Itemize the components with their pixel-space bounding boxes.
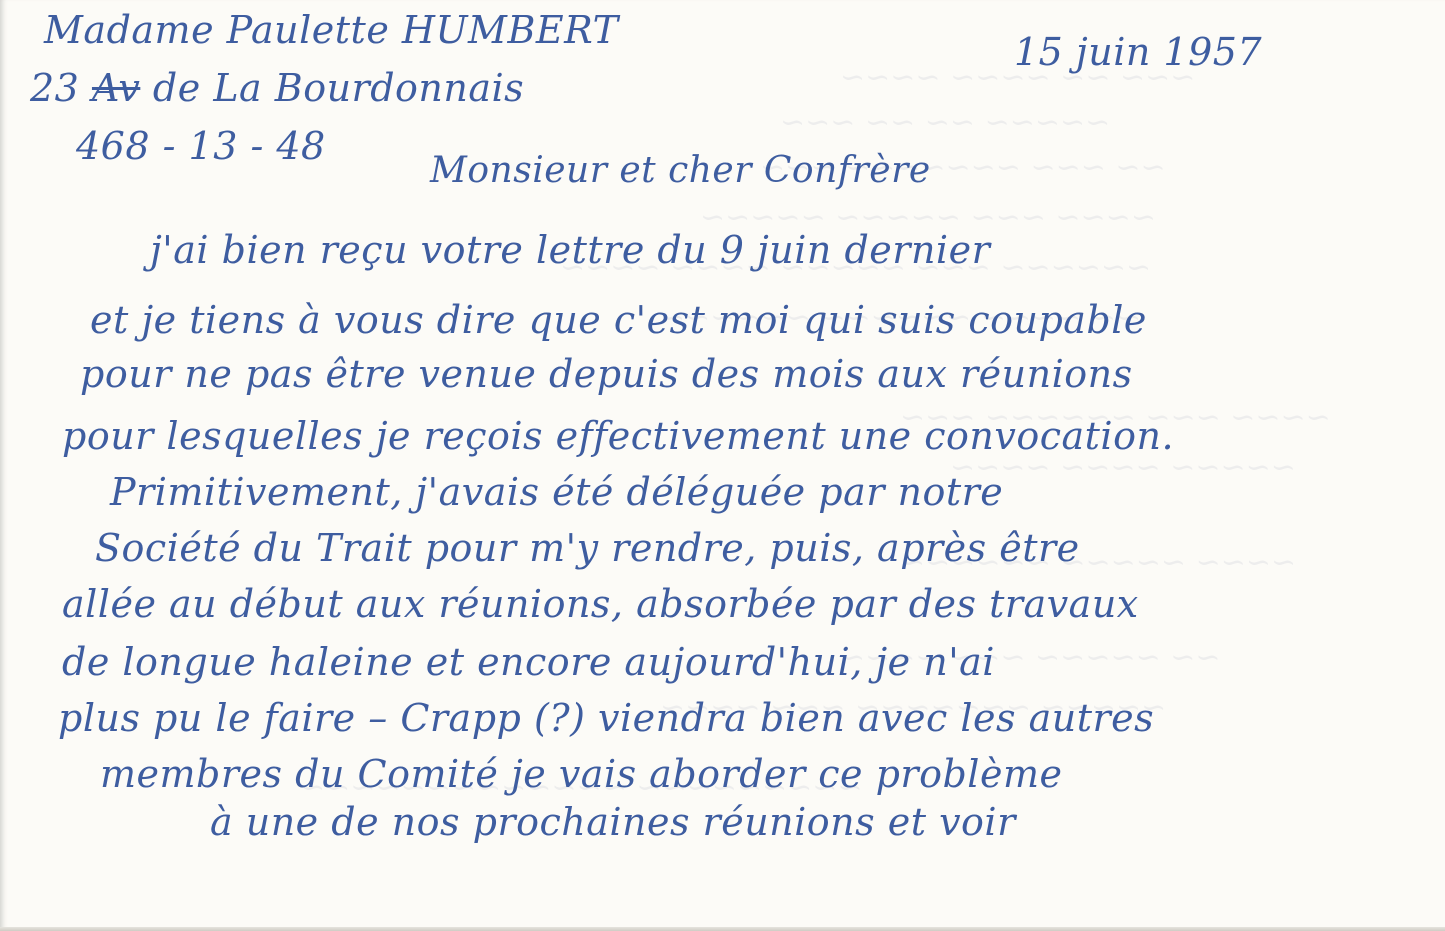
body-line: à une de nos prochaines réunions et voir <box>210 800 1016 844</box>
address-struck-abbrev: Av <box>92 66 140 110</box>
show-through-text: ~~~~~ ~~ ~~ ~~~ <box>780 105 1110 140</box>
address-street: de La Bourdonnais <box>153 66 524 110</box>
body-line: Société du Trait pour m'y rendre, puis, … <box>95 526 1080 570</box>
body-line: membres du Comité je vais aborder ce pro… <box>100 752 1062 796</box>
body-line: pour ne pas être venue depuis des mois a… <box>80 352 1133 396</box>
body-line: et je tiens à vous dire que c'est moi qu… <box>90 298 1147 342</box>
body-line: Primitivement, j'avais été déléguée par … <box>110 470 1003 514</box>
page-bottom-edge <box>0 927 1445 931</box>
sender-address: 23 Av de La Bourdonnais <box>30 66 524 110</box>
body-line: de longue haleine et encore aujourd'hui,… <box>62 640 995 684</box>
body-line: plus pu le faire – Crapp (?) viendra bie… <box>58 696 1154 740</box>
sender-name: Madame Paulette HUMBERT <box>44 8 618 52</box>
body-line: allée au début aux réunions, absorbée pa… <box>62 582 1139 626</box>
letter-page: ~~~ ~~ ~~~~ ~~~~ ~~~~~ ~~ ~~ ~~~ ~~ ~~~ … <box>0 0 1445 931</box>
body-line: j'ai bien reçu votre lettre du 9 juin de… <box>150 228 990 272</box>
letter-date: 15 juin 1957 <box>1014 30 1262 74</box>
salutation: Monsieur et cher Confrère <box>430 150 931 191</box>
address-number: 23 <box>30 66 79 110</box>
body-line: pour lesquelles je reçois effectivement … <box>62 414 1174 458</box>
sender-phone: 468 - 13 - 48 <box>76 124 326 168</box>
